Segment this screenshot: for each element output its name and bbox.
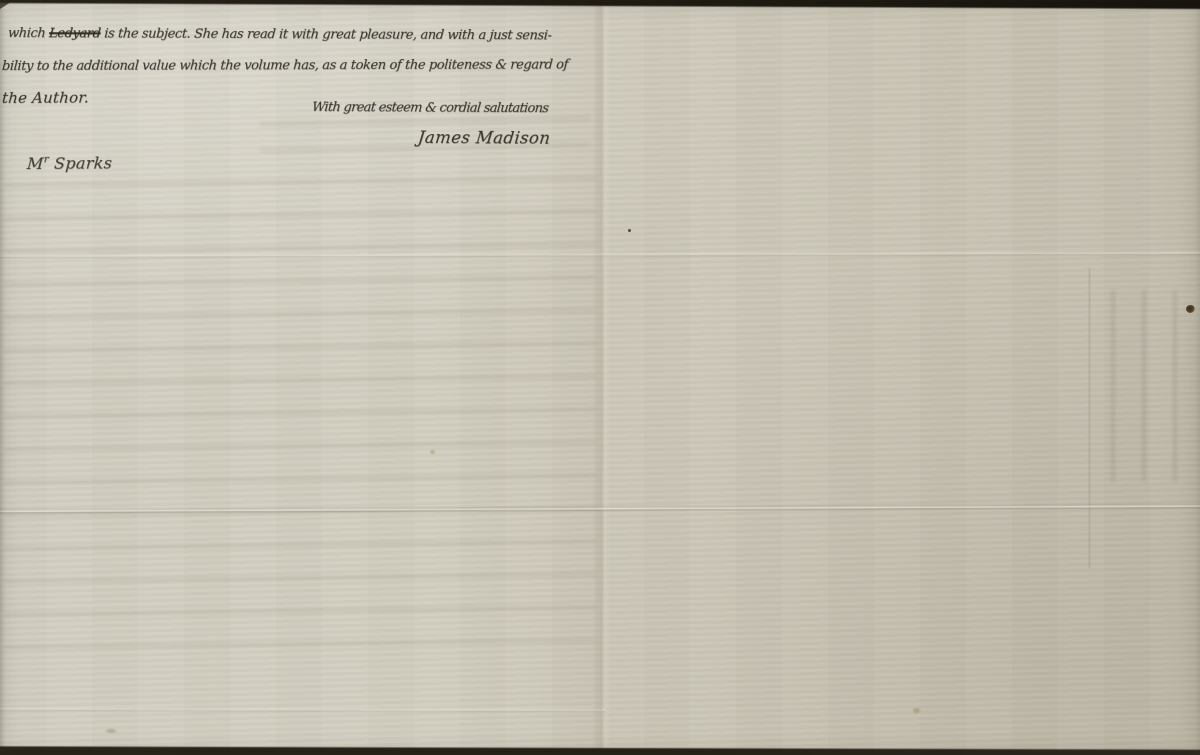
handwriting-word-which: which bbox=[7, 26, 49, 41]
addressee-name: Sparks bbox=[54, 153, 113, 172]
handwriting-line-1: which Ledyard is the subject. She has re… bbox=[7, 26, 552, 43]
bleed-through-address-block bbox=[1096, 290, 1188, 482]
addressee-superscript: r bbox=[44, 155, 50, 166]
struck-word-ledyard: Ledyard bbox=[48, 26, 101, 41]
handwriting-line-1-rest: is the subject. She has read it with gre… bbox=[100, 26, 552, 43]
addressee-initial: M bbox=[26, 154, 44, 173]
bleed-through-lines-left bbox=[4, 162, 596, 670]
vertical-fold-crease bbox=[593, 0, 611, 755]
letter-scan: which Ledyard is the subject. She has re… bbox=[0, 0, 1200, 755]
handwriting-line-2: bility to the additional value which the… bbox=[1, 58, 568, 74]
addressee-mr-sparks: Mr Sparks bbox=[26, 153, 112, 173]
faint-vertical-line bbox=[1089, 268, 1090, 568]
signature-james-madison: James Madison bbox=[417, 128, 551, 148]
handwriting-line-3: the Author. bbox=[1, 89, 89, 107]
closing-salutation: With great esteem & cordial salutations bbox=[311, 100, 549, 116]
